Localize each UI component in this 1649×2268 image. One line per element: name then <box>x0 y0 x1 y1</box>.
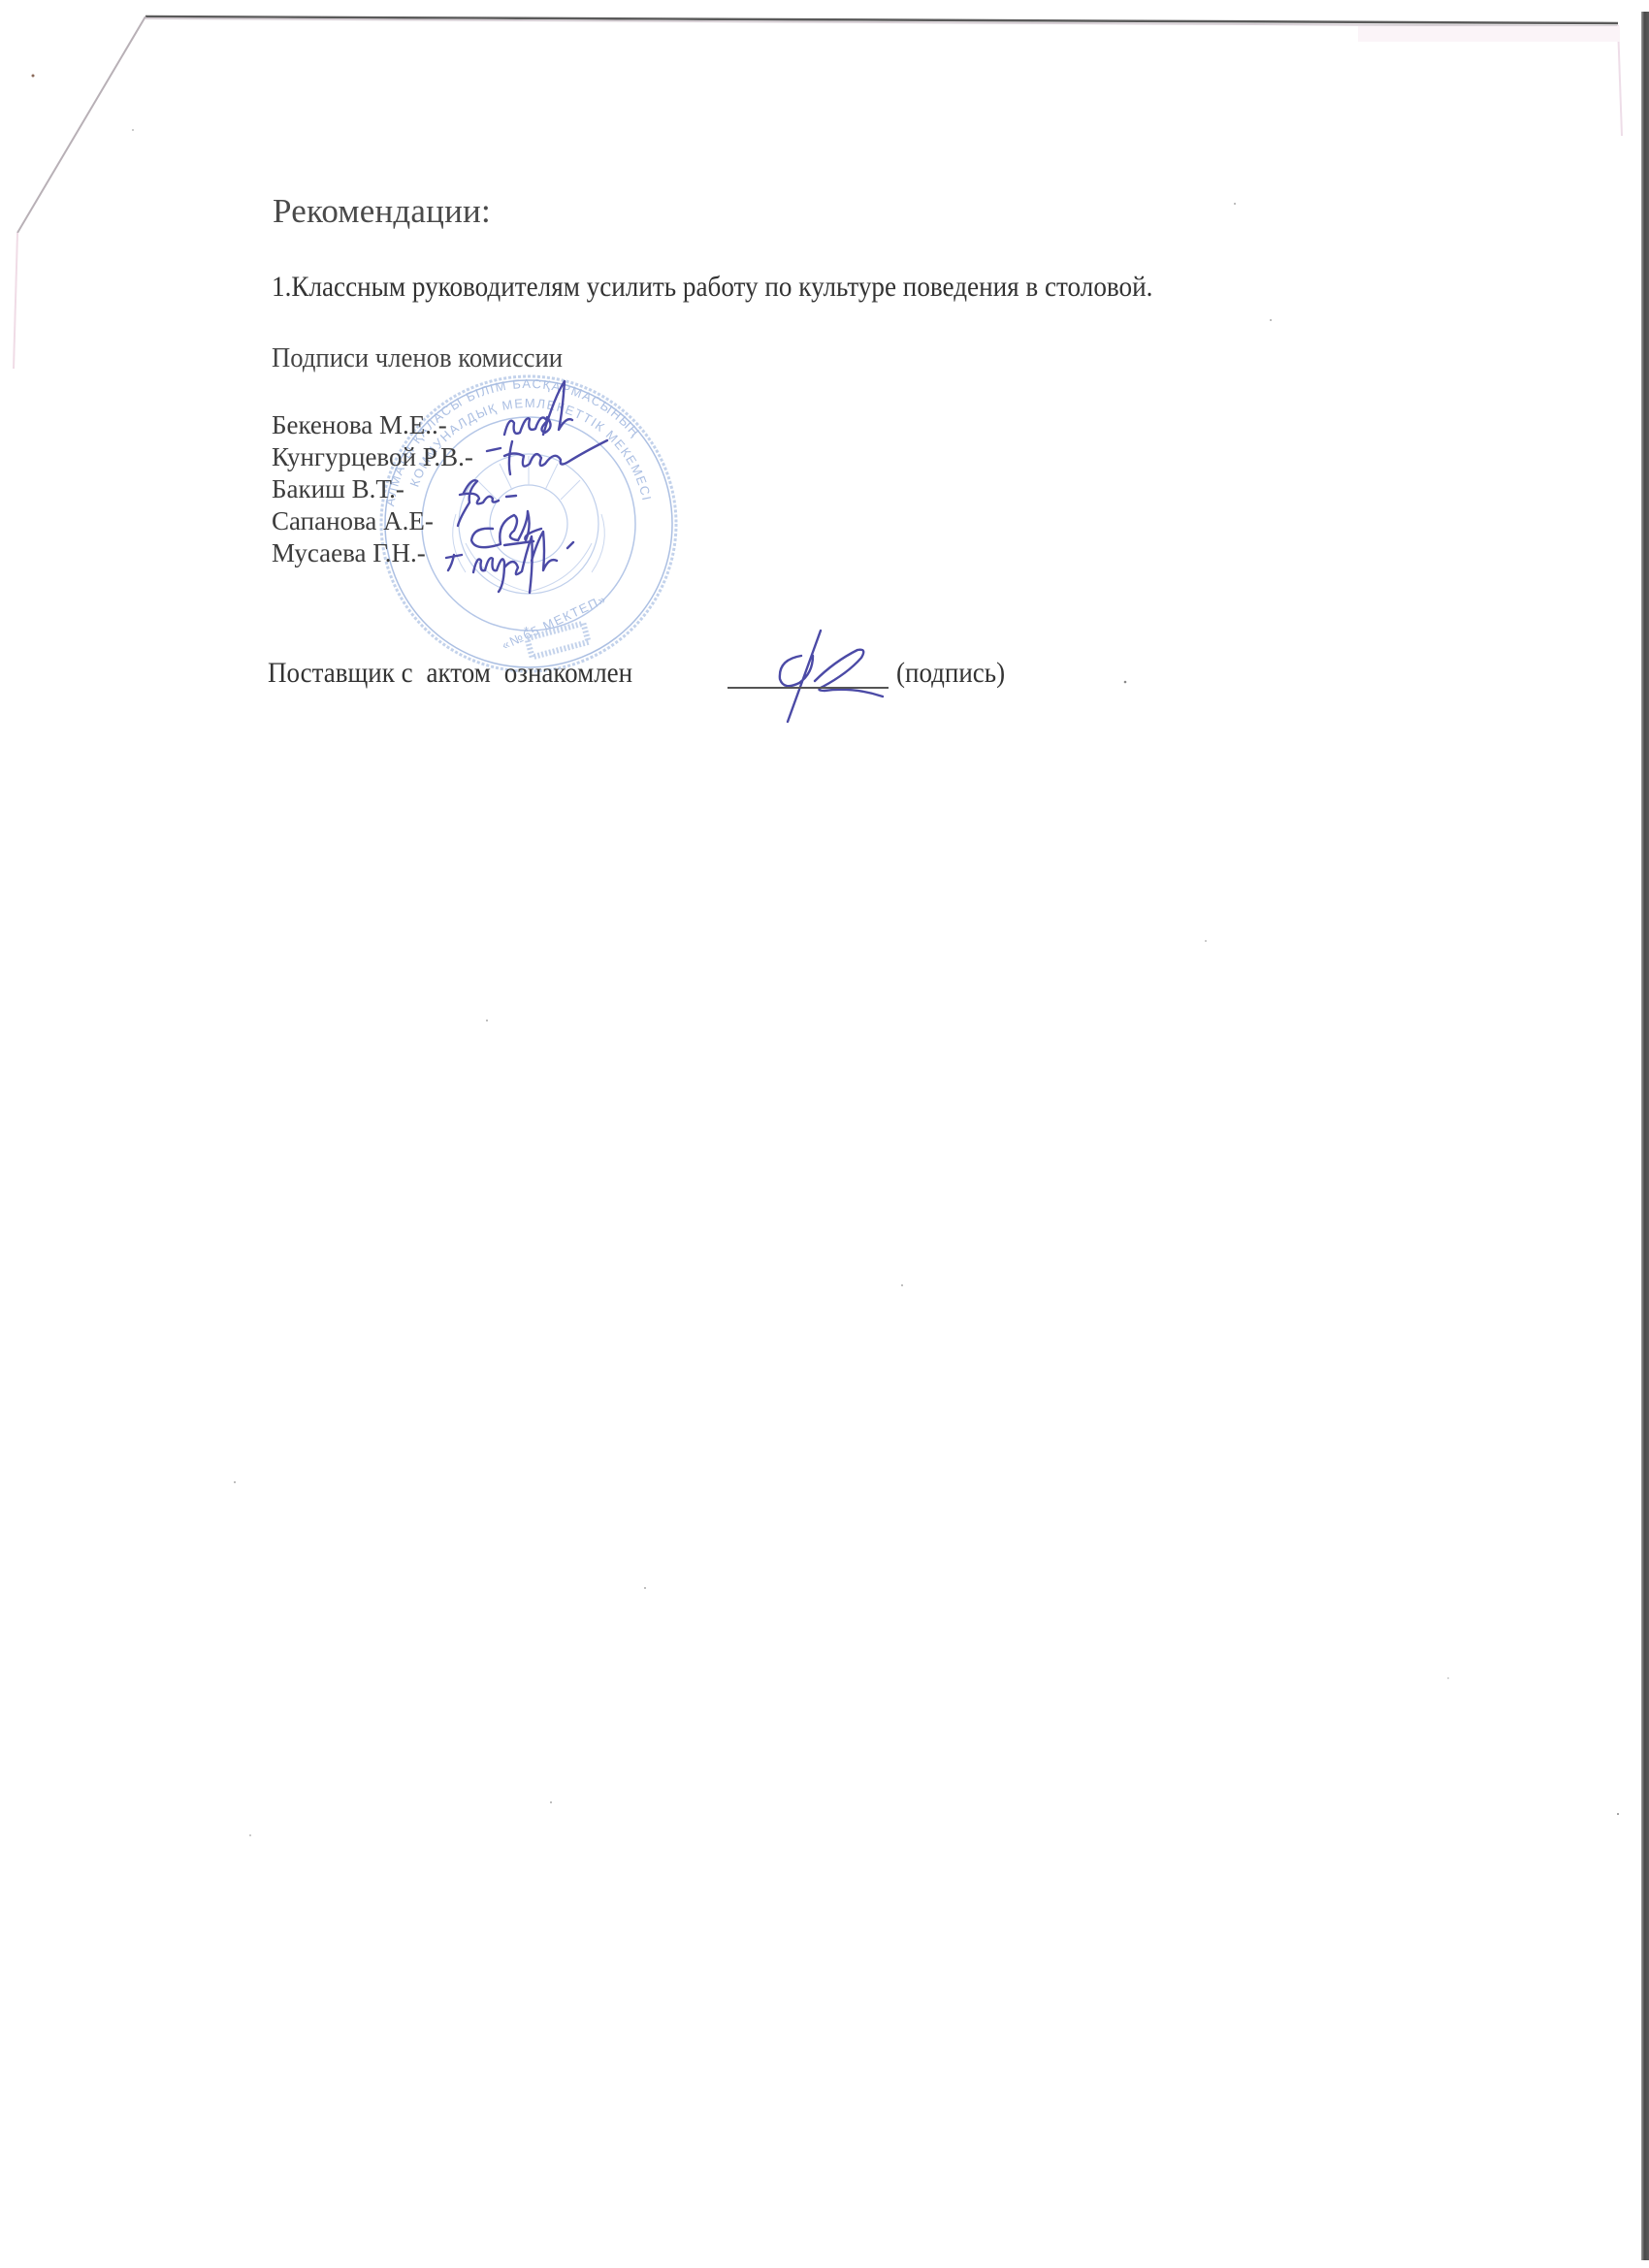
signature-supplier <box>780 631 883 722</box>
scanner-edge-band <box>1641 12 1649 2260</box>
svg-text:*: * <box>524 624 531 638</box>
commission-member: Мусаева Г.Н.- <box>272 540 426 567</box>
signatures-heading: Подписи членов комиссии <box>272 344 563 373</box>
signature-bekenova <box>504 381 572 435</box>
supplier-label-1: Поставщик с <box>268 657 413 689</box>
commission-member: Кунгурцевой Р.В.- <box>272 444 473 470</box>
page-title: Рекомендации: <box>273 194 491 228</box>
signature-sapanova <box>471 511 541 547</box>
supplier-acknowledgement: Поставщик с актом ознакомлен <box>268 659 632 688</box>
svg-text:«№65 МЕКТЕП»: «№65 МЕКТЕП» <box>500 591 609 652</box>
signature-bakish <box>458 480 516 526</box>
commission-member: Бекенова М.Е..- <box>272 412 447 438</box>
commission-member: Бакиш В.Т.- <box>272 476 404 502</box>
supplier-label-2: актом <box>427 657 491 689</box>
supplier-label-3: ознакомлен <box>504 657 632 689</box>
recommendation-item: 1.Классным руководителям усилить работу … <box>272 274 1152 303</box>
scan-paper-edges <box>0 0 1649 2268</box>
commission-member: Сапанова А.Е- <box>272 508 434 535</box>
signature-kungurtseva <box>487 440 607 474</box>
signature-line <box>727 687 889 689</box>
signature-musaeva <box>446 532 573 593</box>
signature-note: (подпись) <box>896 659 1005 688</box>
stamp-and-signatures: АЛМАТЫ ҚАЛАСЫ БІЛІМ БАСҚАРМАСЫНЫҢ КОММУН… <box>0 0 1649 2268</box>
